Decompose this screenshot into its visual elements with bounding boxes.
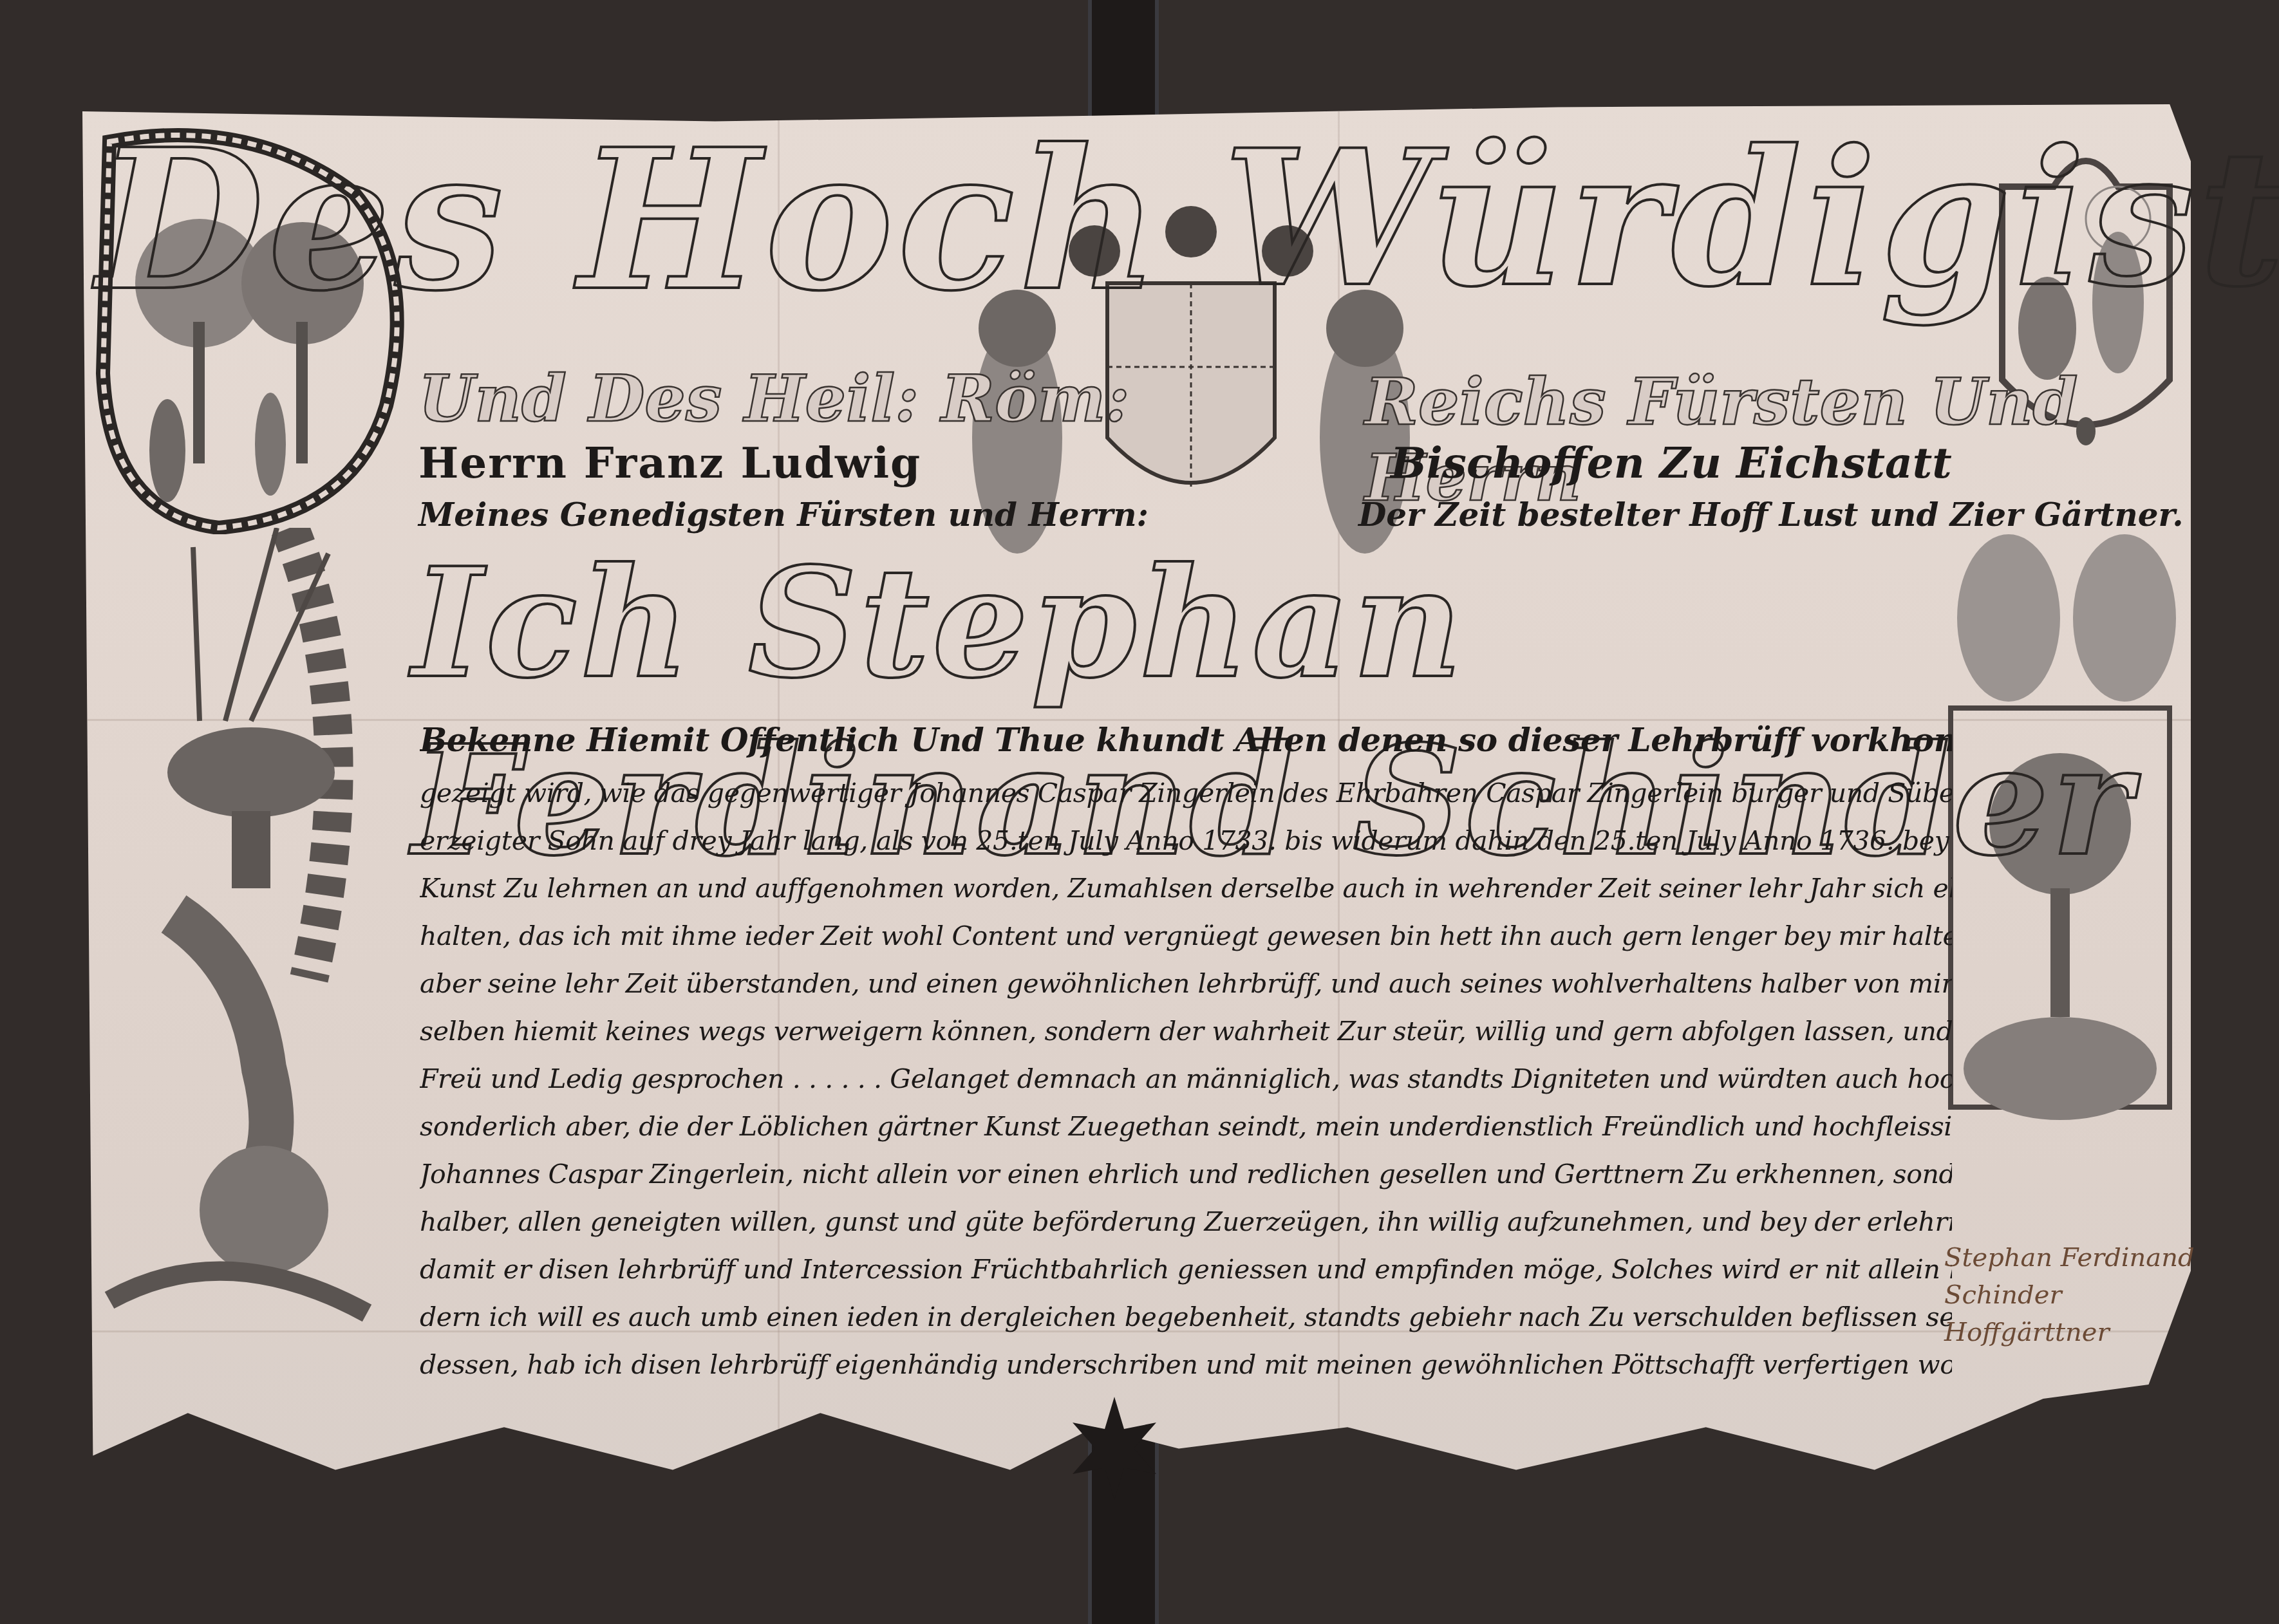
body-line: aber seine lehr Zeit überstanden, und ei… [420, 960, 1952, 1007]
signature-line-2: Schinder Hoffgärttner [1944, 1276, 2215, 1351]
patron-description: Meines Genedigsten Fürsten und Herrn: [418, 496, 1149, 534]
subheading-left: Und Des Heil: Röm: [418, 360, 1129, 436]
body-line: Bekenne Hiemit Offentlich Und Thue khund… [420, 711, 1952, 769]
document-body: Bekenne Hiemit Offentlich Und Thue khund… [420, 711, 1952, 1388]
patron-name: Herrn Franz Ludwig [418, 438, 921, 488]
body-line: Kunst Zu lehrnen an und auffgenohmen wor… [420, 864, 1952, 912]
body-line: erzeigter Sohn auf drey Jahr lang, als v… [420, 817, 1952, 864]
body-line: sonderlich aber, die der Löblichen gärtn… [420, 1103, 1952, 1150]
body-line: damit er disen lehrbrüff und Intercessio… [420, 1246, 1952, 1293]
body-line: selben hiemit keines wegs verweigern kön… [420, 1007, 1952, 1055]
issuer-role: Der Zeit bestelter Hoff Lust und Zier Gä… [1358, 496, 2184, 534]
body-line: Freü und Ledig gesprochen . . . . . . Ge… [420, 1055, 1952, 1103]
headline-des-hoch: Des Hoch [97, 106, 1163, 333]
star-seal-cut-icon [1066, 1390, 1163, 1506]
headline-wurdigist: Würdigist [1223, 109, 2279, 328]
signature-line-1: Stephan Ferdinand [1944, 1239, 2215, 1276]
patron-title: Bischoffen Zu Eichstatt [1391, 438, 1952, 488]
body-line: gezeigt wird, wie das gegenwertiger Joha… [420, 769, 1952, 817]
left-margin-urn-ornament-icon [97, 528, 418, 1339]
handwritten-signature: Stephan Ferdinand Schinder Hoffgärttner [1944, 1239, 2215, 1351]
body-line: dessen, hab ich disen lehrbrüff eigenhän… [420, 1341, 1952, 1388]
body-line: halten, das ich mit ihme ieder Zeit wohl… [420, 912, 1952, 960]
body-line: dern ich will es auch umb einen ieden in… [420, 1293, 1952, 1341]
body-line: Johannes Caspar Zingerlein, nicht allein… [420, 1150, 1952, 1198]
body-line: halber, allen geneigten willen, gunst un… [420, 1198, 1952, 1246]
